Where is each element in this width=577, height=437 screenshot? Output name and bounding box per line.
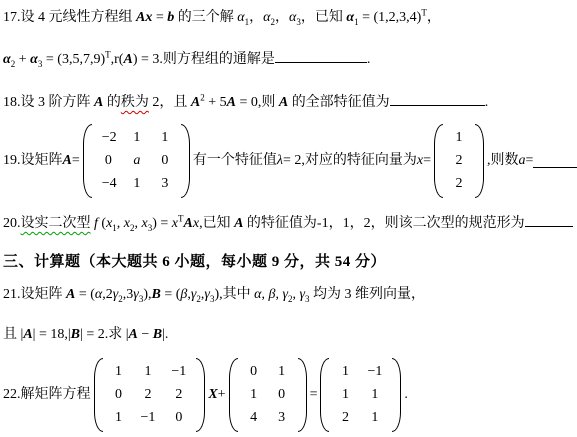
matrix-cell: 1	[131, 174, 143, 194]
text-run: 18.设 3 阶方阵	[3, 95, 94, 110]
text-run: A	[94, 95, 103, 110]
question-18: 18.设 3 阶方阵 A 的秩为 2，且 A2 + 5A = 0,则 A 的全部…	[3, 92, 488, 113]
text-run: ) =	[152, 216, 172, 231]
text-run: ),	[143, 287, 151, 302]
text-run: 22.解矩阵方程	[3, 385, 91, 405]
text-run: B	[153, 327, 162, 342]
text-run: ，	[275, 10, 289, 25]
text-run: 三、计算题（本大题共 6 小题，每小题 9 分，共 54 分）	[3, 254, 386, 270]
text-run: 20.	[3, 216, 21, 231]
text-run: a	[519, 151, 526, 171]
question-20: 20.设实二次型 f (x1, x2, x3) = xTAx,已知 A 的特征值…	[3, 213, 573, 234]
text-run: A	[123, 52, 132, 67]
text-run: A	[234, 216, 243, 231]
text-run: = 2,对应的特征向量为	[283, 151, 417, 171]
answer-blank	[275, 49, 367, 63]
text-run: 17.设 4 元线性方程组	[3, 10, 136, 25]
text-run: Ax	[136, 10, 152, 25]
text-run: +	[15, 52, 30, 67]
matrix-cell: a	[131, 151, 143, 171]
matrix-entries: 11−10221−10	[105, 358, 195, 432]
text-run: −	[138, 327, 153, 342]
text-run: =	[526, 151, 534, 171]
right-paren-icon	[475, 124, 484, 198]
matrix-cell: 4	[248, 408, 260, 428]
text-run: α	[3, 52, 11, 67]
question-21-line-1: 21.设矩阵 A = (α,2γ2,3γ3),B = (β,γ2,γ3),其中 …	[3, 285, 425, 305]
matrix-cell: 1	[276, 362, 288, 382]
text-run: α	[346, 10, 354, 25]
matrix-cell: 3	[159, 174, 171, 194]
left-paren-icon	[83, 124, 92, 198]
text-run: | = 18,|	[33, 327, 71, 342]
text-run: ，已知	[301, 10, 347, 25]
matrix-3x3: −2110a0−413	[83, 124, 190, 198]
text-run: ) = 3.则方程组的通解是	[133, 52, 275, 67]
left-paren-icon	[320, 358, 329, 432]
matrix-entries: −2110a0−413	[94, 124, 179, 198]
right-paren-icon	[392, 358, 401, 432]
text-run: 的三个解	[174, 10, 237, 25]
text-run: α	[30, 52, 38, 67]
matrix-cell: 1	[339, 385, 351, 405]
text-run: .	[485, 95, 489, 110]
text-run: = (3,5,7,9)	[42, 52, 105, 67]
right-paren-icon	[181, 124, 190, 198]
text-run: ,	[117, 216, 124, 231]
matrix-3x3: 11−10221−10	[94, 358, 206, 432]
text-run: ,已知	[199, 216, 234, 231]
matrix-cell: −1	[141, 408, 156, 428]
matrix-cell: −1	[171, 362, 186, 382]
text-run: A	[227, 95, 236, 110]
text-run: B	[152, 287, 161, 302]
left-paren-icon	[229, 358, 238, 432]
matrix-cell: 1	[141, 362, 156, 382]
matrix-cell: 1	[131, 128, 143, 148]
text-run: B	[71, 327, 80, 342]
answer-blank	[390, 92, 485, 106]
matrix-cell: 0	[102, 151, 115, 171]
text-run: α	[237, 10, 244, 25]
question-17-line-2: α2 + α3 = (3,5,7,9)T,r(A) = 3.则方程组的通解是.	[3, 49, 370, 70]
text-run: ,	[135, 216, 142, 231]
left-paren-icon	[434, 124, 443, 198]
text-run: A	[66, 287, 75, 302]
text-run: A	[23, 327, 32, 342]
answer-blank	[525, 213, 573, 227]
text-run: + 5	[205, 95, 227, 110]
text-run: =	[72, 151, 80, 171]
matrix-entries: 011043	[240, 358, 296, 432]
matrix-cell: 1	[453, 128, 465, 148]
text-run: ,3	[123, 287, 134, 302]
section-3-header: 三、计算题（本大题共 6 小题，每小题 9 分，共 54 分）	[3, 252, 386, 272]
text-run: .	[404, 385, 408, 405]
text-run: 21.设矩阵	[3, 287, 66, 302]
text-run: A	[129, 327, 138, 342]
matrix-cell: 0	[113, 385, 125, 405]
matrix-cell: 1	[248, 385, 260, 405]
matrix-cell: −1	[367, 362, 382, 382]
text-run: =	[423, 151, 431, 171]
text-run: (	[98, 216, 106, 231]
matrix-cell: 1	[113, 362, 125, 382]
text-run: +	[218, 385, 226, 405]
text-run: 19.设矩阵	[3, 151, 63, 171]
question-22: 22.解矩阵方程 11−10221−10X + 011043 = 1−11121…	[3, 356, 408, 434]
matrix-cell: 2	[453, 174, 465, 194]
matrix-cell: 1	[367, 385, 382, 405]
matrix-entries: 1−11121	[331, 358, 390, 432]
text-run: ,则数	[487, 151, 519, 171]
text-run: ，	[427, 10, 441, 25]
text-run: 的	[103, 95, 121, 110]
left-paren-icon	[94, 358, 103, 432]
text-run: ，	[249, 10, 263, 25]
matrix-cell: 2	[339, 408, 351, 428]
text-run: 秩为	[121, 95, 149, 110]
matrix-cell: 1	[113, 408, 125, 428]
matrix-cell: 0	[159, 151, 171, 171]
text-run: A	[279, 95, 288, 110]
matrix-cell: 1	[367, 408, 382, 428]
matrix-cell: −4	[102, 174, 115, 194]
matrix-cell: 1	[159, 128, 171, 148]
text-run: A	[191, 95, 200, 110]
matrix-cell: 1	[339, 362, 351, 382]
right-paren-icon	[298, 358, 307, 432]
text-run: ),其中	[214, 287, 254, 302]
text-run: = (	[161, 287, 181, 302]
text-run: 且 |	[3, 327, 23, 342]
answer-blank	[533, 154, 577, 168]
matrix-3x2: 011043	[229, 358, 307, 432]
text-run: ,r(	[111, 52, 124, 67]
text-run: 设实二次型	[21, 216, 91, 231]
text-run: ,	[293, 287, 300, 302]
matrix-cell: −2	[102, 128, 115, 148]
matrix-cell: 2	[141, 385, 156, 405]
text-run: 2，且	[149, 95, 191, 110]
text-run: 的全部特征值为	[288, 95, 390, 110]
question-19: 19.设矩阵 A = −2110a0−413有一个特征值 λ = 2,对应的特征…	[3, 124, 577, 198]
matrix-cell: 0	[276, 385, 288, 405]
matrix-3x1: 122	[434, 124, 484, 198]
text-run: ,2	[102, 287, 113, 302]
text-run: X	[208, 385, 217, 405]
text-run: = (1,2,3,4)	[359, 10, 422, 25]
matrix-3x2: 1−11121	[320, 358, 401, 432]
matrix-cell: 2	[453, 151, 465, 171]
text-run: =	[152, 10, 167, 25]
text-run: A	[184, 216, 193, 231]
question-17-line-1: 17.设 4 元线性方程组 Ax = b 的三个解 α1，α2，α3，已知 α1…	[3, 8, 441, 28]
matrix-entries: 122	[445, 124, 473, 198]
text-run: 均为 3 维列向量，	[310, 287, 426, 302]
matrix-cell: 3	[276, 408, 288, 428]
text-run: = 0,则	[236, 95, 279, 110]
matrix-cell: 0	[171, 408, 186, 428]
matrix-cell: 2	[171, 385, 186, 405]
text-run: |.	[162, 327, 168, 342]
text-run: = (	[75, 287, 95, 302]
exam-document-page: 17.设 4 元线性方程组 Ax = b 的三个解 α1，α2，α3，已知 α1…	[0, 0, 577, 437]
text-run: | = 2.求 |	[80, 327, 129, 342]
text-run: 的特征值为-1，1，2，则该二次型的规范形为	[243, 216, 524, 231]
text-run: =	[310, 385, 318, 405]
text-run: A	[63, 151, 72, 171]
text-run: 有一个特征值	[193, 151, 277, 171]
right-paren-icon	[196, 358, 205, 432]
text-run: .	[367, 52, 371, 67]
matrix-cell: 0	[248, 362, 260, 382]
question-21-line-2: 且 |A| = 18,|B| = 2.求 |A − B|.	[3, 325, 168, 345]
